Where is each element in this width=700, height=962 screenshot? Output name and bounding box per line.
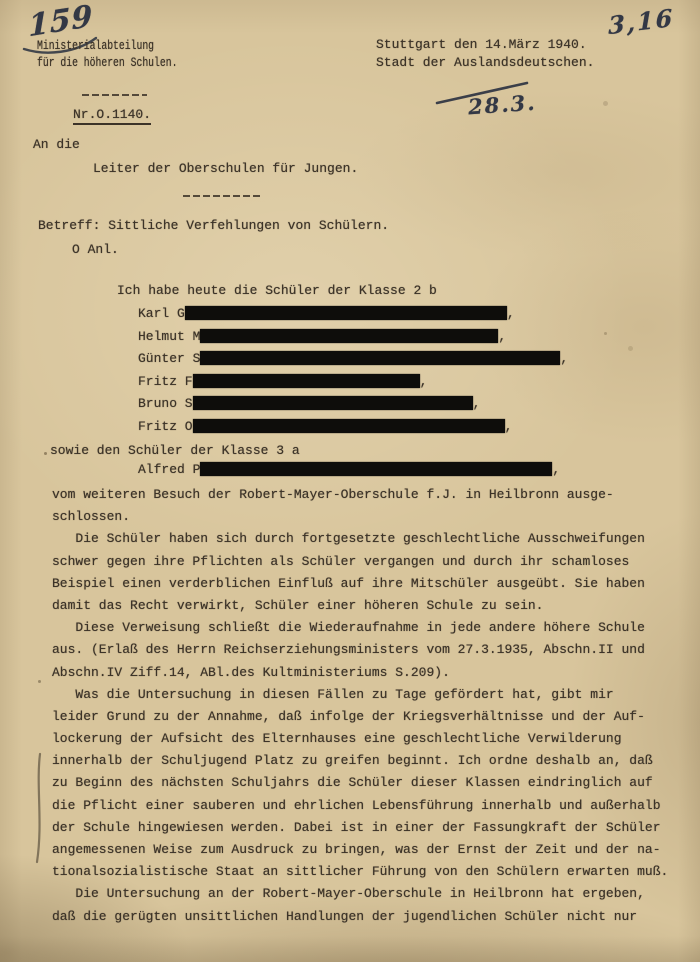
student-row: Bruno S, [138,392,568,415]
body-line: Abschn.IV Ziff.14, ABl.des Kultministeri… [52,662,668,684]
student-list-2b: Karl G,Helmut M,Günter S,Fritz F,Bruno S… [138,302,568,438]
letterhead-line-2: für die höheren Schulen. [37,55,177,72]
name-suffix: , [505,419,513,434]
name-suffix: , [507,306,515,321]
file-number: Nr.O.1140. [73,107,151,125]
class-3a-line: sowie den Schüler der Klasse 3 a [50,443,300,458]
student-list-3a: Alfred P, [138,458,560,481]
student-name-visible: Alfred P [138,462,200,477]
student-row: Helmut M, [138,325,568,348]
date-block: Stuttgart den 14.März 1940. Stadt der Au… [376,36,594,72]
body-line: der Schule hingewiesen werden. Dabei ist… [52,817,668,839]
student-name-visible: Karl G [138,306,185,321]
body-line: Die Schüler haben sich durch fortgesetzt… [52,528,668,550]
body-line: zu Beginn des nächsten Schuljahrs die Sc… [52,772,668,794]
subject-line: Betreff: Sittliche Verfehlungen von Schü… [38,218,389,233]
student-row: Günter S, [138,347,568,370]
student-row: Fritz F, [138,370,568,393]
letter-body: vom weiteren Besuch der Robert-Mayer-Obe… [52,484,668,928]
intro-line: Ich habe heute die Schüler der Klasse 2 … [117,283,437,298]
body-line: damit das Recht verwirkt, Schüler einer … [52,595,668,617]
body-line: Die Untersuchung an der Robert-Mayer-Obe… [52,883,668,905]
received-date-handwritten: 28.3. [467,90,537,120]
ink-specks [44,452,47,455]
name-suffix: , [498,329,506,344]
date-line: Stuttgart den 14.März 1940. [376,36,594,54]
body-line: schwer gegen ihre Pflichten als Schüler … [52,551,668,573]
student-name-visible: Bruno S [138,396,193,411]
body-line: aus. (Erlaß des Herrn Reichserziehungsmi… [52,639,668,661]
body-line: Was die Untersuchung in diesen Fällen zu… [52,684,668,706]
enclosure-count: O Anl. [72,242,119,257]
recipient-salutation: An die [33,137,80,152]
divider-dash-1 [82,94,147,96]
folio-number-right: 3,16 [608,3,674,40]
student-name-visible: Günter S [138,351,200,366]
name-suffix: , [473,396,481,411]
margin-pencil-mark [32,750,48,868]
name-suffix: , [560,351,568,366]
redaction-bar [193,374,420,388]
divider-dash-2 [183,195,260,197]
body-line: die Pflicht einer sauberen und ehrlichen… [52,795,668,817]
redaction-bar [193,419,505,433]
redaction-bar [185,306,507,320]
city-line: Stadt der Auslandsdeutschen. [376,54,594,72]
name-suffix: , [420,374,428,389]
body-line: Diese Verweisung schließt die Wiederaufn… [52,617,668,639]
body-line: Beispiel einen verderblichen Einfluß auf… [52,573,668,595]
student-name-visible: Helmut M [138,329,200,344]
redaction-bar [200,329,498,343]
redaction-bar [200,462,552,476]
redaction-bar [193,396,473,410]
student-row: Fritz O, [138,415,568,438]
body-line: tionalsozialistische Staat an sittlicher… [52,861,668,883]
student-name-visible: Fritz F [138,374,193,389]
document-page: 159 3,16 Ministerialabteilung für die hö… [0,0,700,962]
student-row: Karl G, [138,302,568,325]
body-line: daß die gerügten unsittlichen Handlungen… [52,906,668,928]
redaction-bar [200,351,560,365]
name-suffix: , [552,462,560,477]
body-line: vom weiteren Besuch der Robert-Mayer-Obe… [52,484,668,506]
body-line: schlossen. [52,506,668,528]
body-line: angemessenen Weise zum Ausdruck zu bring… [52,839,668,861]
body-line: innerhalb der Schuljugend Platz zu greif… [52,750,668,772]
body-line: leider Grund zu der Annahme, daß infolge… [52,706,668,728]
body-line: lockerung der Aufsicht des Elternhauses … [52,728,668,750]
recipient-title: Leiter der Oberschulen für Jungen. [93,161,358,176]
student-name-visible: Fritz O [138,419,193,434]
student-row: Alfred P, [138,458,560,481]
letterhead-line-1: Ministerialabteilung [37,38,177,55]
letterhead-sender: Ministerialabteilung für die höheren Sch… [37,38,217,72]
